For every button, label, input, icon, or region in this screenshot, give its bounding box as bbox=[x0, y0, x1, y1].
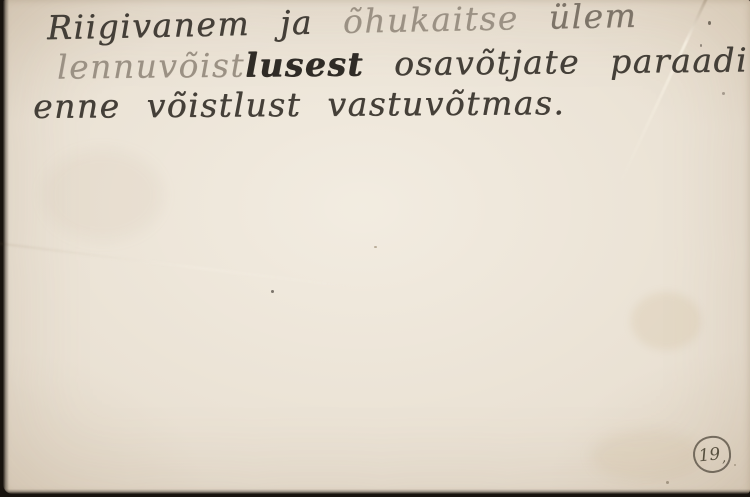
handwritten-word: ülem bbox=[548, 0, 637, 37]
photo-number-tick: , bbox=[721, 451, 727, 466]
handwritten-word: paraadi bbox=[610, 40, 749, 80]
handwritten-word: osavõtjate bbox=[394, 42, 580, 83]
handwritten-word-group: lennuvõistlusest bbox=[57, 44, 364, 86]
scan-edge-bottom bbox=[3, 489, 750, 494]
paper-speck bbox=[722, 92, 725, 95]
handwritten-word: lennuvõist bbox=[57, 46, 246, 87]
handwritten-word: võistlust bbox=[146, 85, 301, 125]
paper-stain bbox=[591, 430, 703, 482]
handwritten-word: lusest bbox=[245, 44, 364, 84]
paper-speck bbox=[734, 464, 736, 466]
paper-speck bbox=[708, 21, 711, 25]
handwritten-word: Riigivanem bbox=[47, 4, 251, 47]
handwritten-word: enne bbox=[33, 86, 121, 126]
circled-photo-number: 19, bbox=[691, 434, 733, 475]
note-line-1: Riigivanem ja õhukaitse ülem bbox=[47, 0, 638, 47]
note-line-3: enne võistlust vastuvõtmas. bbox=[33, 83, 566, 126]
paper-speck bbox=[666, 481, 669, 484]
paper-speck bbox=[271, 290, 274, 293]
handwritten-word: ja bbox=[280, 3, 314, 43]
paper-stain bbox=[43, 150, 163, 240]
aged-paper: Riigivanem ja õhukaitse ülem lennuvõistl… bbox=[3, 0, 750, 494]
photo-number: 19 bbox=[698, 444, 722, 466]
crease-middle-left bbox=[0, 242, 352, 288]
handwritten-word: vastuvõtmas. bbox=[327, 83, 565, 124]
note-line-2: lennuvõistlusest osavõtjate paraadi bbox=[57, 40, 748, 86]
scan-edge-left bbox=[3, 0, 9, 494]
paper-stain bbox=[631, 292, 701, 350]
handwritten-word: õhukaitse bbox=[343, 0, 520, 41]
paper-speck bbox=[374, 246, 377, 248]
photo-back-scan: Riigivanem ja õhukaitse ülem lennuvõistl… bbox=[0, 0, 750, 497]
